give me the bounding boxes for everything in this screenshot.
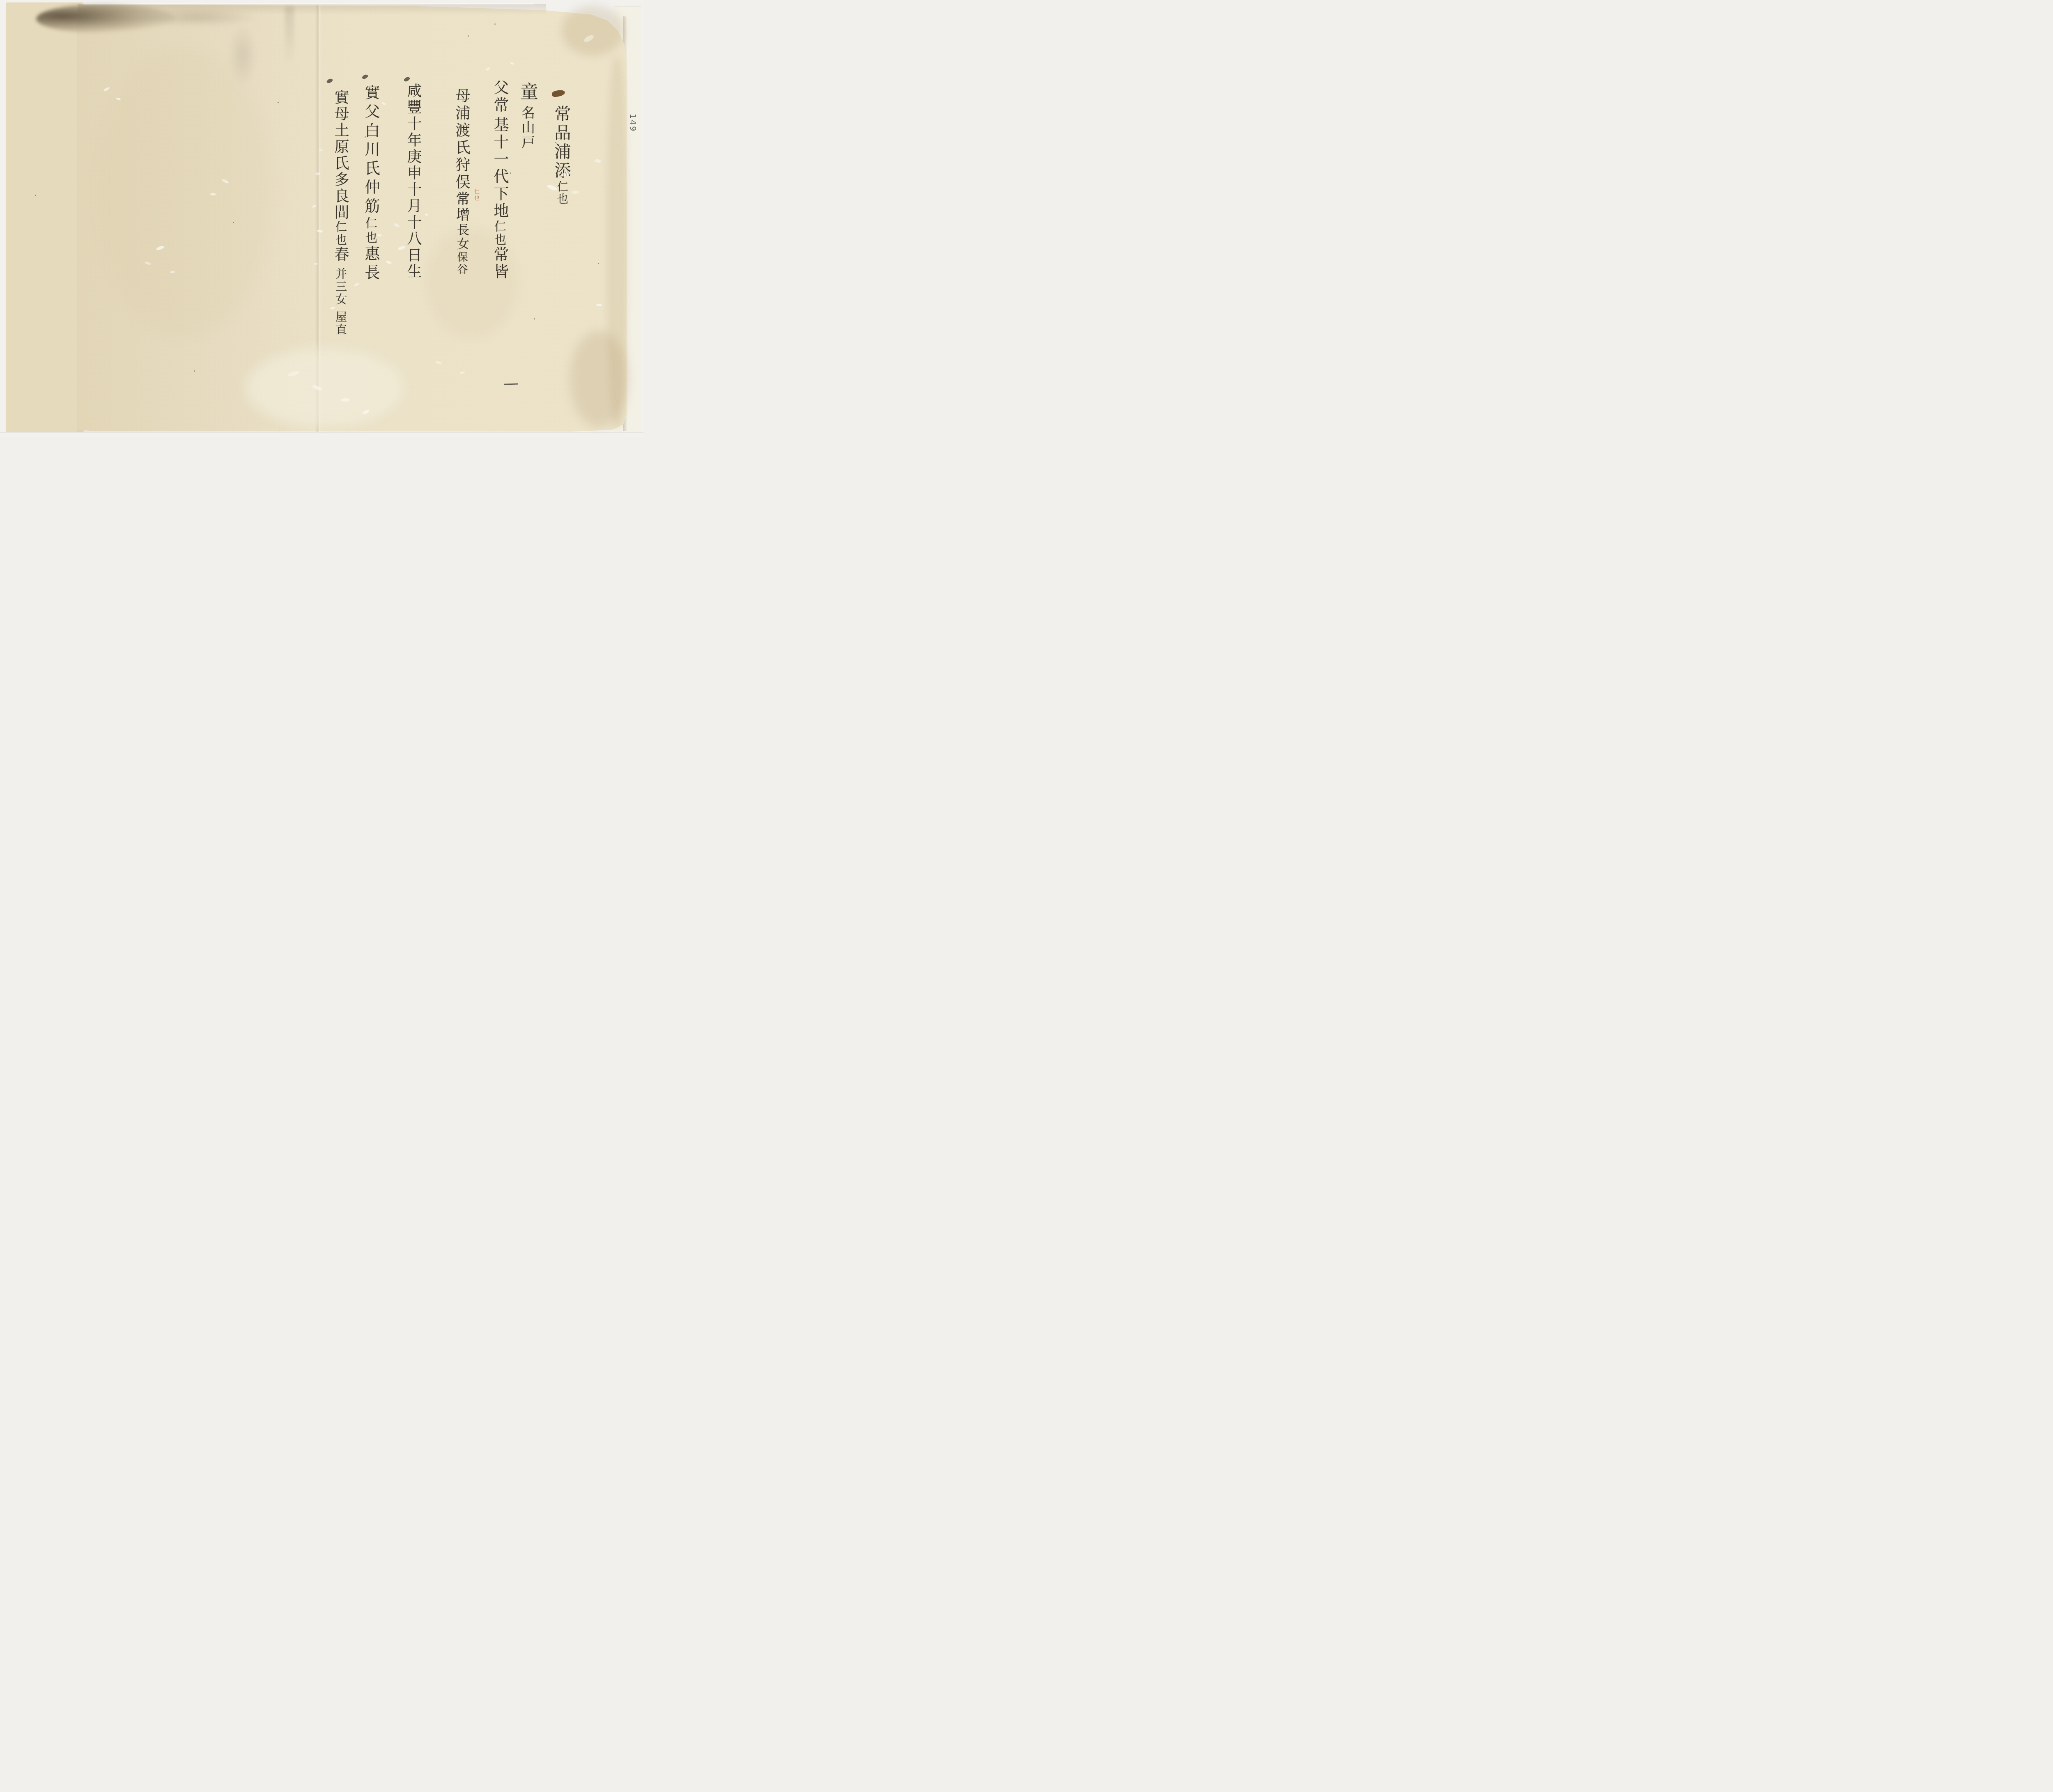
entry-column-childhood-name: 童名山戸 (520, 82, 540, 150)
father-label: 父常 (491, 80, 509, 114)
dust-speck (233, 222, 234, 223)
dust-speck (555, 142, 556, 143)
entry-column-real-mother: 實母土原氏多良間仁也春并三女屋直 (331, 90, 351, 336)
entry-column-mother: 母浦渡氏狩俣常增長女保谷 (452, 88, 472, 276)
paper-chip-fleck (377, 234, 382, 237)
scanned-register-page: 常品浦添仁也 童名山戸 父常基十一代下地仁也常皆 母浦渡氏狩俣常增長女保谷 仁也… (0, 0, 644, 437)
sheet-bottom-edge (0, 432, 644, 432)
father-name: 常皆 (491, 246, 509, 281)
real-father-name: 實父白川氏仲筋 (362, 85, 380, 217)
mother-name2: 常增 (453, 191, 470, 223)
dust-speck (510, 172, 511, 174)
paper-chip-fleck (341, 398, 350, 402)
mother-given: 保谷 (455, 251, 468, 276)
dust-speck (414, 135, 416, 136)
dust-speck (468, 35, 469, 37)
top-edge-highlight (82, 3, 534, 5)
real-mother-daughter-rank: 并三女 (334, 263, 347, 306)
father-title: 仁也 (493, 220, 507, 246)
heading-name: 常品浦添 (552, 105, 571, 181)
fold-shadow-top (285, 7, 294, 64)
real-father-given: 惠長 (362, 246, 380, 283)
dust-speck (365, 136, 366, 138)
father-lineage: 基十一代下地 (491, 114, 509, 220)
underlying-leaf (6, 2, 84, 432)
mother-name: 母浦渡氏狩俣 (453, 88, 470, 191)
soil-stain-fade (135, 7, 259, 26)
dust-speck (278, 102, 279, 103)
dust-speck (35, 195, 36, 196)
red-ink-annotation: 仁也 (472, 189, 480, 201)
dust-speck (534, 318, 535, 319)
entry-column-father: 父常基十一代下地仁也常皆 (490, 80, 511, 281)
real-mother-name: 實母土原氏多良間 (332, 90, 349, 221)
stain-bottom-right (570, 331, 628, 427)
dust-speck (598, 263, 599, 264)
heading-suffix: 仁也 (555, 181, 568, 205)
real-mother-title: 仁也 (334, 221, 347, 246)
mottling-left-page (98, 48, 271, 337)
real-mother-given: 春 (332, 246, 349, 263)
birth-date-text: 咸豐十年庚申十月十八日生 (405, 83, 422, 280)
dust-speck (194, 370, 195, 372)
page-number-stamp: 149 (628, 114, 637, 132)
worn-patch-bottom (246, 348, 403, 427)
entry-column-birth-date: 咸豐十年庚申十月十八日生 (403, 83, 424, 280)
entry-column-real-father: 實父白川氏仲筋仁也惠長 (361, 85, 382, 283)
stain-top-right (562, 6, 624, 56)
child-name: 名山戸 (519, 102, 535, 150)
dust-speck (494, 23, 496, 25)
real-mother-daughter-name: 屋直 (334, 306, 347, 336)
mother-rank: 長女 (455, 223, 469, 251)
real-father-title: 仁也 (364, 217, 378, 246)
child-label: 童 (517, 82, 538, 102)
